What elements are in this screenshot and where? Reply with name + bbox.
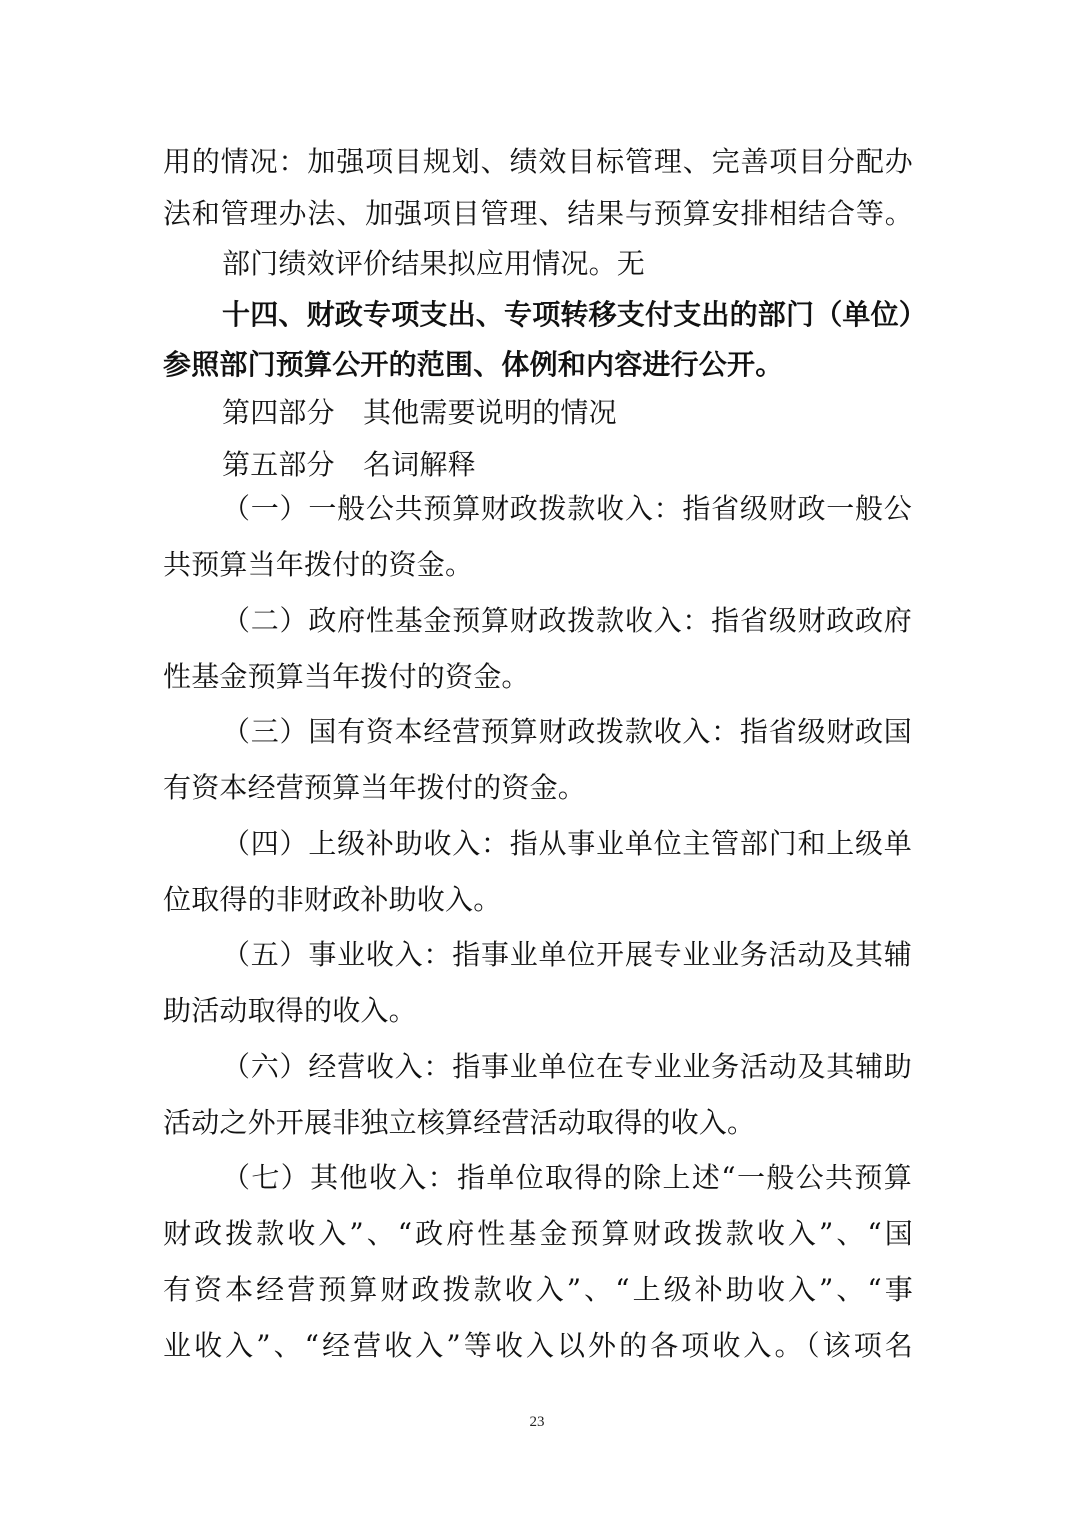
paragraph-line: 用的情况：加强项目规划、绩效目标管理、完善项目分配办 (163, 144, 913, 180)
paragraph-line: 法和管理办法、加强项目管理、结果与预算安排相结合等。 (163, 196, 913, 232)
paragraph-line: 部门绩效评价结果拟应用情况。无 (222, 246, 912, 282)
definition-line: （四）上级补助收入：指从事业单位主管部门和上级单 (222, 826, 912, 862)
definition-line: （七）其他收入：指单位取得的除上述“一般公共预算 (222, 1160, 912, 1196)
document-page: 用的情况：加强项目规划、绩效目标管理、完善项目分配办 法和管理办法、加强项目管理… (0, 0, 1074, 1520)
section-heading-line: 参照部门预算公开的范围、体例和内容进行公开。 (163, 347, 913, 383)
definition-line: 有资本经营预算当年拨付的资金。 (163, 770, 913, 806)
section-heading-line: 十四、财政专项支出、专项转移支付支出的部门（单位） (222, 297, 912, 333)
page-number: 23 (0, 1414, 1074, 1431)
definition-line: 有资本经营预算财政拨款收入”、“上级补助收入”、“事 (163, 1272, 913, 1308)
definition-line: （一）一般公共预算财政拨款收入：指省级财政一般公 (222, 491, 912, 527)
definition-line: （二）政府性基金预算财政拨款收入：指省级财政政府 (222, 603, 912, 639)
definition-line: （六）经营收入：指事业单位在专业业务活动及其辅助 (222, 1049, 912, 1085)
definition-line: 活动之外开展非独立核算经营活动取得的收入。 (163, 1105, 913, 1141)
part-heading: 第五部分 名词解释 (222, 447, 912, 483)
definition-line: （三）国有资本经营预算财政拨款收入：指省级财政国 (222, 714, 912, 750)
definition-line: 财政拨款收入”、“政府性基金预算财政拨款收入”、“国 (163, 1216, 913, 1252)
definition-line: 助活动取得的收入。 (163, 993, 913, 1029)
definition-line: 位取得的非财政补助收入。 (163, 882, 913, 918)
definition-line: （五）事业收入：指事业单位开展专业业务活动及其辅 (222, 937, 912, 973)
definition-line: 业收入”、“经营收入”等收入以外的各项收入。（该项名 (163, 1328, 913, 1364)
definition-line: 共预算当年拨付的资金。 (163, 547, 913, 583)
part-heading: 第四部分 其他需要说明的情况 (222, 395, 912, 431)
definition-line: 性基金预算当年拨付的资金。 (163, 659, 913, 695)
